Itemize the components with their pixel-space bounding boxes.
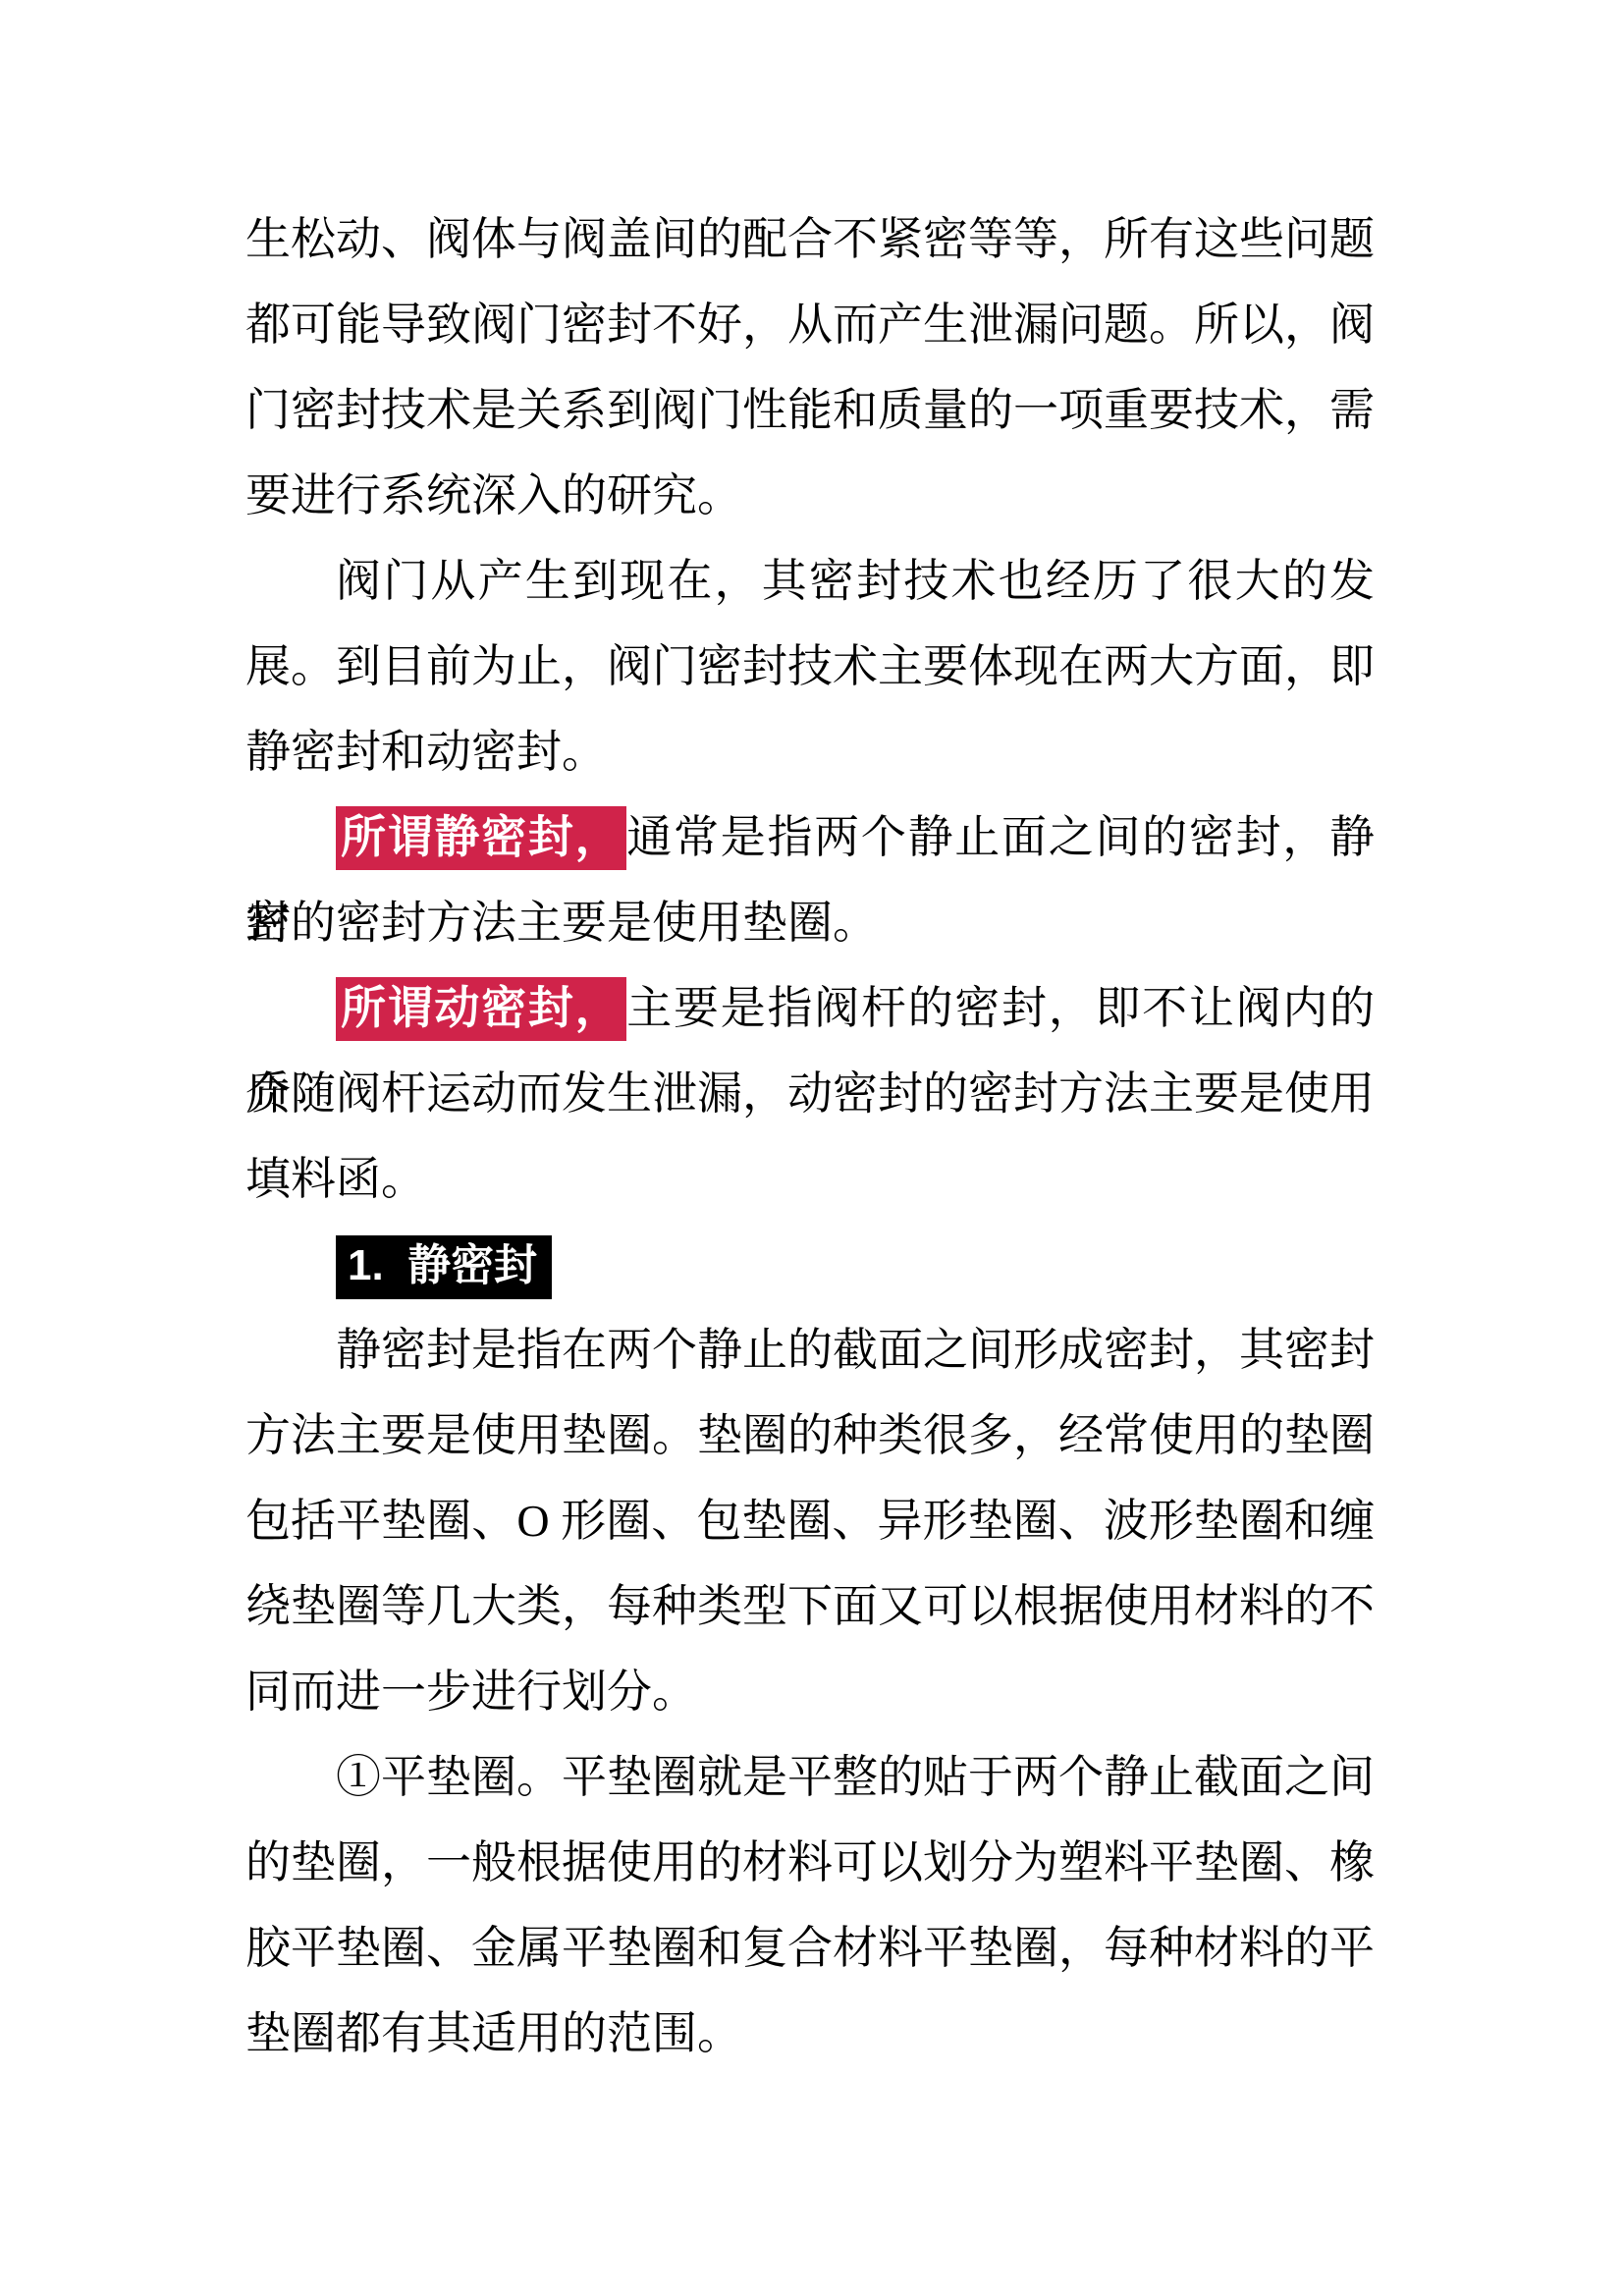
text-line: 所谓静密封，通常是指两个静止面之间的密封，静密 bbox=[245, 794, 1375, 880]
text-line: 包括平垫圈、O 形圈、包垫圈、异形垫圈、波形垫圈和缠 bbox=[245, 1478, 1375, 1563]
text-line: 的垫圈，一般根据使用的材料可以划分为塑料平垫圈、橡 bbox=[245, 1820, 1375, 1905]
text-line: 封的密封方法主要是使用垫圈。 bbox=[245, 880, 1375, 965]
text-line: 所谓动密封，主要是指阀杆的密封，即不让阀内的介 bbox=[245, 965, 1375, 1051]
text-run: 门密封技术是关系到阀门性能和质量的一项重要技术，需 bbox=[245, 385, 1375, 435]
highlighted-phrase: 所谓静密封， bbox=[336, 806, 626, 870]
page: 生松动、阀体与阀盖间的配合不紧密等等，所有这些问题都可能导致阀门密封不好，从而产… bbox=[0, 0, 1623, 2296]
text-run: 静密封是指在两个静止的截面之间形成密封，其密封 bbox=[336, 1325, 1375, 1375]
text-line: 阀门从产生到现在，其密封技术也经历了很大的发 bbox=[245, 538, 1375, 624]
text-line: 绕垫圈等几大类，每种类型下面又可以根据使用材料的不 bbox=[245, 1563, 1375, 1649]
section-heading: 1. 静密封 bbox=[336, 1235, 552, 1299]
text-run: 静密封和动密封。 bbox=[245, 727, 607, 777]
text-run: 要进行系统深入的研究。 bbox=[245, 470, 742, 520]
text-line: 静密封是指在两个静止的截面之间形成密封，其密封 bbox=[245, 1307, 1375, 1393]
text-run: 阀门从产生到现在，其密封技术也经历了很大的发 bbox=[336, 556, 1375, 606]
text-run: 同而进一步进行划分。 bbox=[245, 1667, 697, 1717]
text-line: 质随阀杆运动而发生泄漏，动密封的密封方法主要是使用 bbox=[245, 1051, 1375, 1136]
text-run: 都可能导致阀门密封不好，从而产生泄漏问题。所以，阀 bbox=[245, 300, 1375, 350]
text-line: 门密封技术是关系到阀门性能和质量的一项重要技术，需 bbox=[245, 367, 1375, 453]
text-run: 的垫圈，一般根据使用的材料可以划分为塑料平垫圈、橡 bbox=[245, 1837, 1375, 1887]
text-line: 展。到目前为止，阀门密封技术主要体现在两大方面，即 bbox=[245, 624, 1375, 709]
text-run: ①平垫圈。平垫圈就是平整的贴于两个静止截面之间 bbox=[336, 1752, 1375, 1802]
text-run: 垫圈都有其适用的范围。 bbox=[245, 2008, 742, 2058]
text-run: 方法主要是使用垫圈。垫圈的种类很多，经常使用的垫圈 bbox=[245, 1410, 1375, 1460]
text-line: 都可能导致阀门密封不好，从而产生泄漏问题。所以，阀 bbox=[245, 282, 1375, 367]
text-run: 封的密封方法主要是使用垫圈。 bbox=[245, 898, 878, 948]
text-run: 绕垫圈等几大类，每种类型下面又可以根据使用材料的不 bbox=[245, 1581, 1375, 1631]
text-run: 包括平垫圈、O 形圈、包垫圈、异形垫圈、波形垫圈和缠 bbox=[245, 1496, 1375, 1546]
document-page: 生松动、阀体与阀盖间的配合不紧密等等，所有这些问题都可能导致阀门密封不好，从而产… bbox=[245, 196, 1375, 2076]
text-run: 质随阀杆运动而发生泄漏，动密封的密封方法主要是使用 bbox=[245, 1068, 1375, 1119]
text-line: 填料函。 bbox=[245, 1136, 1375, 1222]
text-line: 胶平垫圈、金属平垫圈和复合材料平垫圈，每种材料的平 bbox=[245, 1905, 1375, 1991]
text-run: 胶平垫圈、金属平垫圈和复合材料平垫圈，每种材料的平 bbox=[245, 1923, 1375, 1973]
text-run: 生松动、阀体与阀盖间的配合不紧密等等，所有这些问题 bbox=[245, 214, 1375, 264]
text-line: 生松动、阀体与阀盖间的配合不紧密等等，所有这些问题 bbox=[245, 196, 1375, 282]
text-line: 方法主要是使用垫圈。垫圈的种类很多，经常使用的垫圈 bbox=[245, 1393, 1375, 1478]
highlighted-phrase: 所谓动密封， bbox=[336, 977, 626, 1041]
heading-line: 1. 静密封 bbox=[245, 1222, 1375, 1307]
text-line: ①平垫圈。平垫圈就是平整的贴于两个静止截面之间 bbox=[245, 1734, 1375, 1820]
text-line: 静密封和动密封。 bbox=[245, 709, 1375, 794]
text-run: 展。到目前为止，阀门密封技术主要体现在两大方面，即 bbox=[245, 641, 1375, 691]
text-run: 填料函。 bbox=[245, 1154, 426, 1204]
text-line: 要进行系统深入的研究。 bbox=[245, 453, 1375, 538]
text-line: 同而进一步进行划分。 bbox=[245, 1649, 1375, 1734]
text-line: 垫圈都有其适用的范围。 bbox=[245, 1991, 1375, 2076]
